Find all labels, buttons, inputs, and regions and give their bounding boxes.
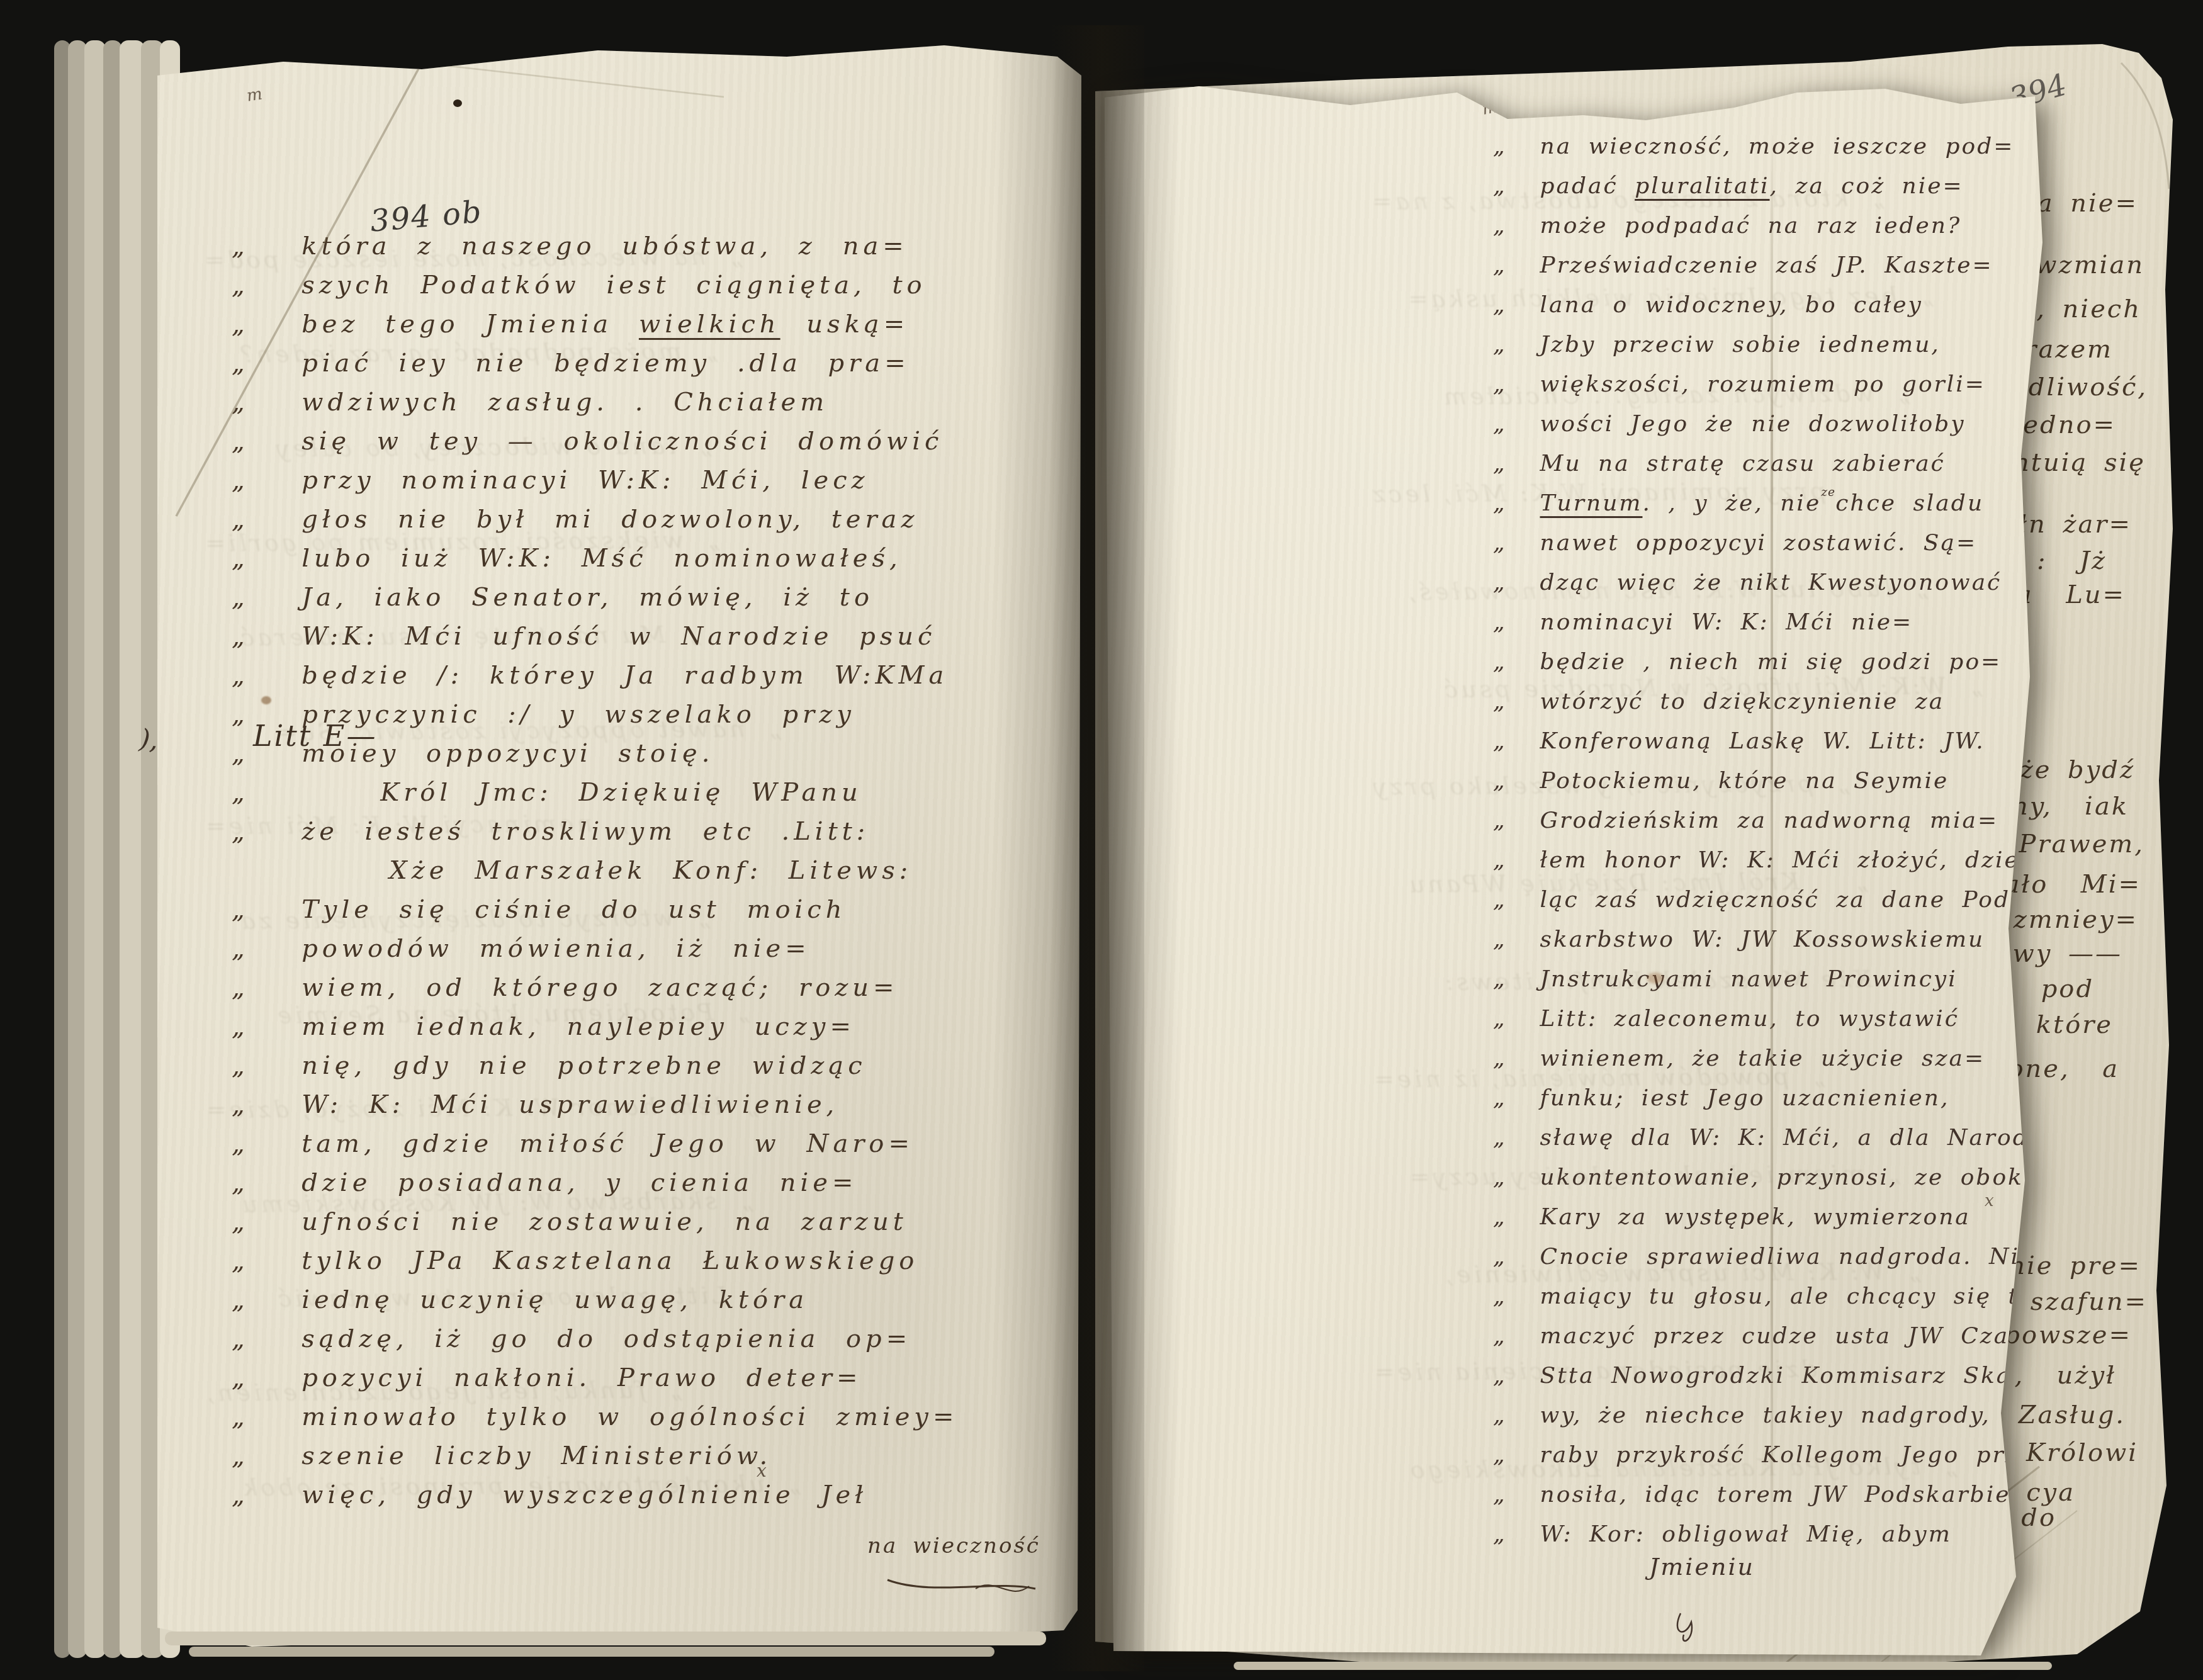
manuscript-line: „ maiący tu głosu, ale chcący się tłu= bbox=[1493, 1283, 2066, 1309]
manuscript-line: „ winienem, że takie użycie sza= bbox=[1493, 1046, 1985, 1071]
manuscript-line: „ Król Jmc: Dziękuię WPanu bbox=[232, 778, 862, 807]
manuscript-line: „ minowało tylko w ogólności zmiey= bbox=[232, 1402, 958, 1431]
right-page-395: „ która z naszego ubóstwa, z na=„ bez te… bbox=[1105, 79, 2049, 1655]
manuscript-line: „ W: K: Mći usprawiedliwienie, bbox=[232, 1090, 838, 1119]
catchword-right: Jmieniu bbox=[1649, 1553, 1755, 1581]
manuscript-line: „ Cnocie sprawiedliwa nadgroda. Nie bbox=[1493, 1244, 2035, 1270]
manuscript-line: „ dzie posiadana, y cienia nie= bbox=[232, 1168, 857, 1197]
manuscript-line: „ szych Podatków iest ciągnięta, to bbox=[232, 271, 927, 300]
manuscript-line: „ Stta Nowogrodzki Kommisarz Skarbo= bbox=[1493, 1363, 2077, 1389]
stray-mark-right: x bbox=[1985, 1192, 1994, 1210]
page-edge-strip bbox=[84, 40, 106, 1658]
edge-line-fragment: wy —— bbox=[2012, 939, 2122, 968]
manuscript-line: „ powodów mówienia, iż nie= bbox=[232, 934, 811, 963]
manuscript-line: „ Jnstrukcyami nawet Prowincyi bbox=[1493, 966, 1958, 992]
manuscript-line: „ wdziwych zasług. . Chciałem bbox=[232, 388, 828, 417]
manuscript-line: „ nawet oppozycyi zostawić. Są= bbox=[1493, 530, 1977, 556]
manuscript-line: „ W:K: Mći ufność w Narodzie psuć bbox=[232, 622, 936, 651]
manuscript-line: „ że iesteś troskliwym etc .Litt: bbox=[232, 817, 869, 846]
manuscript-line: „ wy, że niechce takiey nadgrody, któ= bbox=[1493, 1402, 2070, 1428]
manuscript-line: „ wtórzyć to dziękczynienie za bbox=[1493, 689, 1944, 714]
manuscript-line: „ miem iednak, naylepiey uczy= bbox=[232, 1012, 855, 1041]
corner-mark-left: m bbox=[245, 84, 264, 105]
manuscript-line: Xże Marszałek Konf: Litews: bbox=[232, 856, 912, 885]
edge-line-fragment: ny, iak bbox=[2012, 792, 2129, 821]
book-page-stack-edge bbox=[54, 40, 174, 1658]
paper-speck bbox=[261, 696, 271, 704]
right-page-text-block: „ na wieczność, może ieszcze pod=„ padać… bbox=[1493, 133, 2047, 1581]
edge-line-fragment: do bbox=[2021, 1503, 2056, 1532]
bottom-page-edge bbox=[165, 1632, 1046, 1645]
manuscript-line: „ iednę uczynię uwagę, która bbox=[232, 1285, 808, 1314]
manuscript-line: „ więc, gdy wyszczególnienie Jeł bbox=[232, 1480, 867, 1509]
manuscript-line: „ przy nominacyi W:K: Mći, lecz bbox=[232, 466, 869, 495]
edge-line-fragment: wzmian bbox=[2035, 251, 2144, 279]
manuscript-line: „ łem honor W: K: Mći złożyć, dzie= bbox=[1493, 847, 2041, 873]
manuscript-line: „ skarbstwo W: JW Kossowskiemu bbox=[1493, 927, 1985, 952]
manuscript-line: „ Kary za występek, wymierzona bbox=[1493, 1204, 1971, 1230]
manuscript-line: „ W: Kor: obligował Mię, abym bbox=[1493, 1521, 1952, 1547]
edge-line-fragment: Zasług. bbox=[2019, 1401, 2126, 1429]
edge-line-fragment: iedno= bbox=[2014, 410, 2116, 439]
edge-line-fragment: , użył bbox=[2014, 1361, 2116, 1390]
manuscript-line: „ bez tego Jmienia wielkich uską= bbox=[232, 310, 909, 339]
manuscript-line: „ nosiła, idąc torem JW Podskarbiego bbox=[1493, 1482, 2042, 1508]
manuscript-line: „ będzie /: którey Ja radbym W:KMa bbox=[232, 661, 948, 690]
left-page-394ob: „ na wieczność, może ieszcze pod=„ może … bbox=[157, 37, 1081, 1652]
paper-stain bbox=[1647, 972, 1664, 984]
bottom-page-edge bbox=[1234, 1662, 2052, 1670]
manuscript-line: „ lubo iuż W:K: Mść nominowałeś, bbox=[232, 544, 902, 573]
manuscript-line: „ większości, rozumiem po gorli= bbox=[1493, 371, 1986, 397]
manuscript-line: „ Przeświadczenie zaś JP. Kaszte= bbox=[1493, 252, 1993, 278]
manuscript-line: „ będzie , niech mi się godzi po= bbox=[1493, 649, 2002, 675]
edge-line-fragment: Prawem, bbox=[2019, 830, 2144, 859]
manuscript-line: „ ukontentowanie, przynosi, ze obok bbox=[1493, 1164, 2024, 1190]
manuscript-line: „ Grodzieńskim za nadworną mia= bbox=[1493, 808, 1998, 833]
edge-line-fragment: razem bbox=[2024, 335, 2113, 364]
manuscript-line: „ głos nie był mi dozwolony, teraz bbox=[232, 505, 919, 534]
manuscript-line: „ może podpadać na raz ieden? bbox=[1493, 213, 1961, 239]
manuscript-line: „ nominacyi W: K: Mći nie= bbox=[1493, 609, 1913, 635]
manuscript-line: „ na wieczność, może ieszcze pod= bbox=[1493, 133, 2014, 159]
manuscript-line: „ Konferowaną Laskę W. Litt: JW. bbox=[1493, 728, 1985, 754]
edge-line-fragment: które bbox=[2036, 1010, 2113, 1039]
bottom-page-edge bbox=[189, 1647, 994, 1657]
manuscript-line: „ Potockiemu, które na Seymie bbox=[1493, 768, 1949, 794]
edge-line-fragment: zmniey= bbox=[2014, 905, 2138, 934]
manuscript-line: „ szenie liczby Ministeriów. bbox=[232, 1441, 772, 1470]
manuscript-line: „ piać iey nie będziemy .dla pra= bbox=[232, 349, 910, 378]
margin-mark: ), bbox=[138, 723, 161, 756]
manuscript-line: „ pozycyi nakłoni. Prawo deter= bbox=[232, 1363, 862, 1392]
manuscript-line: „ maczyć przez cudze usta JW Czacki bbox=[1493, 1323, 2049, 1349]
manuscript-line: „ Jzby przeciw sobie iednemu, bbox=[1493, 332, 1941, 358]
catchword-left: na wieczność bbox=[867, 1533, 1040, 1559]
manuscript-line: „ tylko JPa Kasztelana Łukowskiego bbox=[232, 1246, 918, 1275]
manuscript-line: „ Ja, iako Senator, mówię, iż to bbox=[232, 583, 874, 612]
manuscript-line: „ przyczynic :/ y wszelako przy bbox=[232, 700, 855, 729]
manuscript-line: „ Tyle się ciśnie do ust moich bbox=[232, 895, 846, 924]
manuscript-line: „ Litt: zaleconemu, to wystawić bbox=[1493, 1006, 1959, 1032]
manuscript-line: „ padać pluralitati, za coż nie= bbox=[1493, 173, 1964, 199]
catchword-flourish-left bbox=[887, 1580, 1035, 1589]
manuscript-line: „ lana o widoczney, bo całey bbox=[1493, 292, 1923, 318]
manuscript-line: „ moiey oppozycyi stoię. bbox=[232, 739, 714, 768]
manuscript-line: „ Mu na stratę czasu zabierać bbox=[1493, 451, 1946, 476]
manuscript-line: „ która z naszego ubóstwa, z na= bbox=[232, 232, 908, 261]
manuscript-line: „ wiem, od którego zacząć; rozu= bbox=[232, 973, 899, 1002]
stray-mark-left: x bbox=[757, 1460, 767, 1481]
manuscript-line: „ tam, gdzie miłość Jego w Naro= bbox=[232, 1129, 914, 1158]
manuscript-line: „ nię, gdy nie potrzebne widząc bbox=[232, 1051, 867, 1080]
paper-speck bbox=[453, 99, 462, 107]
manuscript-line: „ ufności nie zostawuie, na zarzut bbox=[232, 1207, 908, 1236]
book-gutter-shadow bbox=[1050, 25, 1144, 1671]
left-page-text-block: „ która z naszego ubóstwa, z na=„ szych … bbox=[232, 232, 1075, 1553]
manuscript-line: „ ląc zaś wdzięczność za dane Pod= bbox=[1493, 887, 2031, 913]
manuscript-line: „ sławę dla W: K: Mći, a dla Narodu bbox=[1493, 1125, 2046, 1151]
manuscript-book-photo: ), 394 wa nie=wzmianwie, niechrazemiedli… bbox=[0, 0, 2203, 1680]
edge-line-fragment: pod bbox=[2041, 974, 2094, 1003]
manuscript-line: „ dząc więc że nikt Kwestyonować bbox=[1493, 570, 2002, 595]
manuscript-line: „ funku; iest Jego uzacnienien, bbox=[1493, 1085, 1949, 1111]
manuscript-line: „ Turnum. , y że, niezechce sladu bbox=[1493, 490, 1984, 516]
manuscript-line: „ wości Jego że nie dozwoliłoby bbox=[1493, 411, 1966, 437]
manuscript-line: „ sądzę, iż go do odstąpienia op= bbox=[232, 1324, 911, 1353]
manuscript-line: „ raby przykrość Kollegom Jego przy= bbox=[1493, 1442, 2054, 1468]
manuscript-line: „ się w tey — okoliczności domówić bbox=[232, 427, 943, 456]
